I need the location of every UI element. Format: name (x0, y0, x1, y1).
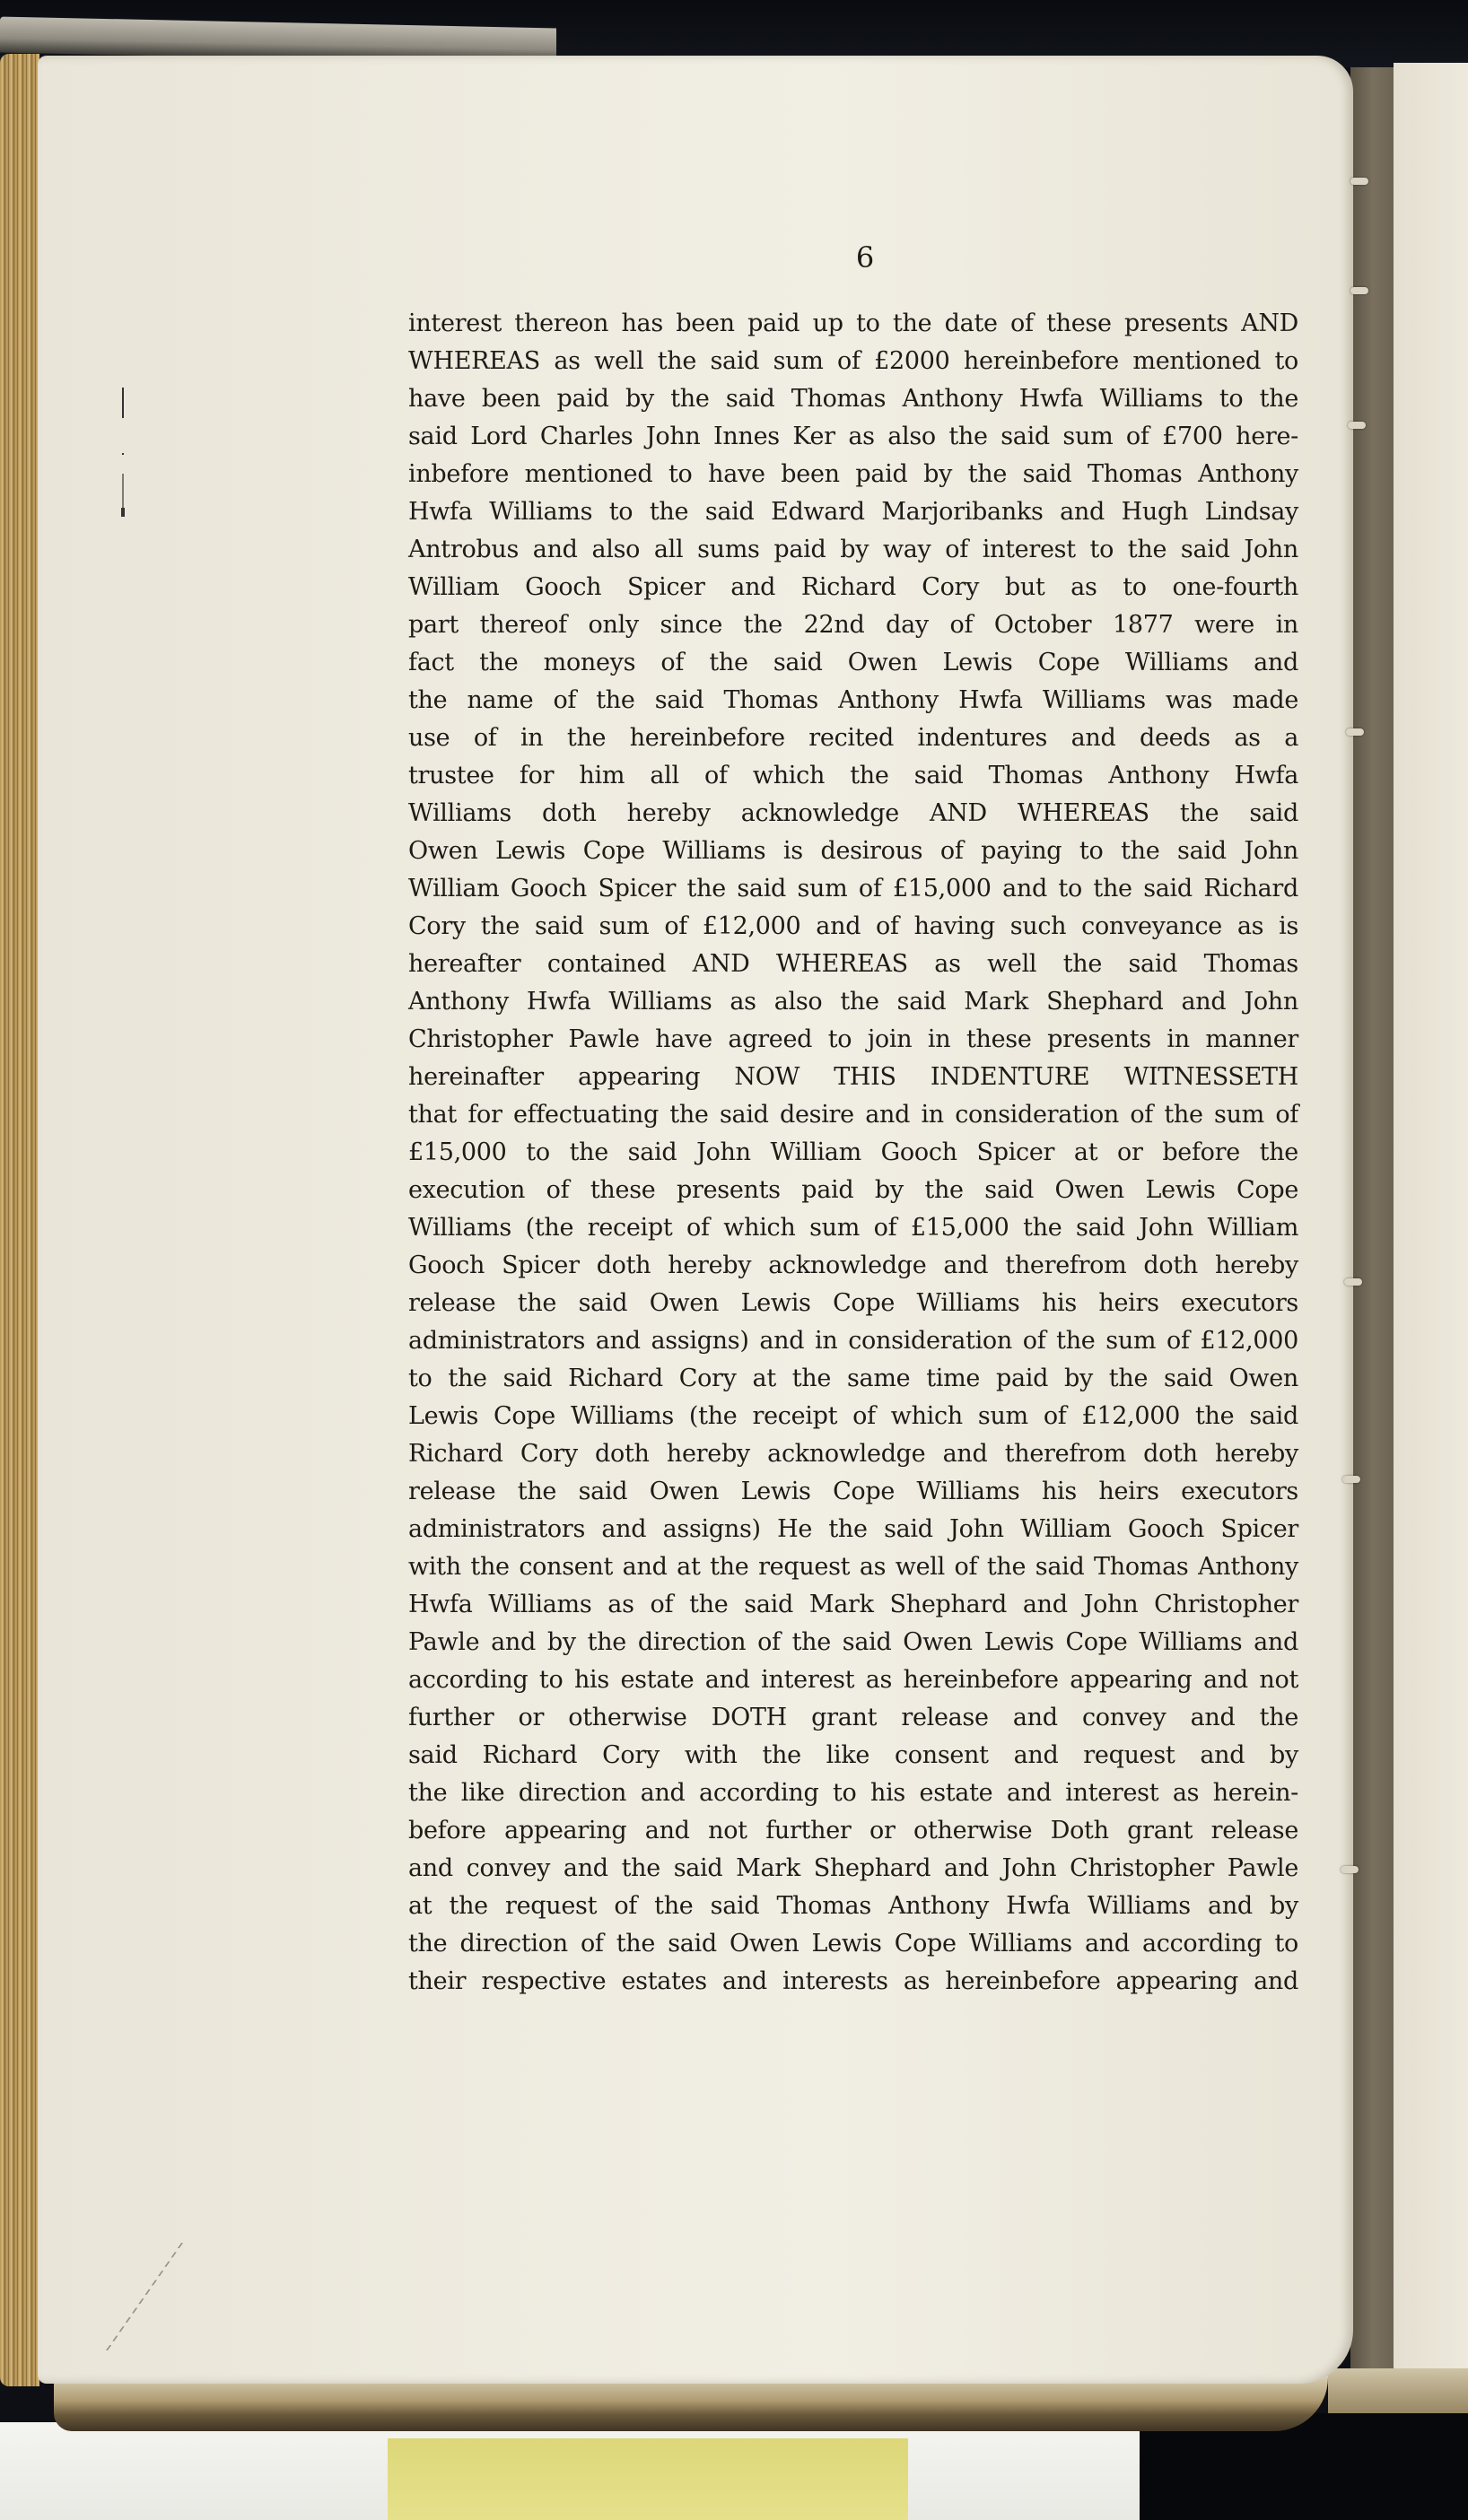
text-line: have been paid by the said Thomas Anthon… (408, 380, 1298, 418)
text-line: part thereof only since the 22nd day of … (408, 606, 1298, 644)
binding-stitch (1344, 1278, 1362, 1286)
text-line: interest thereon has been paid up to the… (408, 305, 1298, 343)
book-gutter (1350, 67, 1395, 2382)
text-line: inbefore mentioned to have been paid by … (408, 456, 1298, 493)
text-line: release the said Owen Lewis Cope William… (408, 1285, 1298, 1322)
text-line: Gooch Spicer doth hereby acknowledge and… (408, 1247, 1298, 1285)
page-stack-bottom-edge (54, 2376, 1328, 2431)
text-line: hereafter contained AND WHEREAS as well … (408, 946, 1298, 983)
text-line: with the consent and at the request as w… (408, 1548, 1298, 1586)
margin-ink-mark (122, 388, 124, 418)
text-line: Owen Lewis Cope Williams is desirous of … (408, 833, 1298, 870)
text-line: the name of the said Thomas Anthony Hwfa… (408, 682, 1298, 719)
text-line: administrators and assigns) He the said … (408, 1511, 1298, 1548)
text-line: Hwfa Williams as of the said Mark Shepha… (408, 1586, 1298, 1624)
margin-ink-mark (121, 508, 125, 517)
text-line: at the request of the said Thomas Anthon… (408, 1888, 1298, 1925)
binding-stitch (1346, 728, 1364, 736)
text-line: Hwfa Williams to the said Edward Marjori… (408, 493, 1298, 531)
text-line: before appearing and not further or othe… (408, 1812, 1298, 1850)
page-number: 6 (847, 240, 883, 275)
text-line: Anthony Hwfa Williams as also the said M… (408, 983, 1298, 1021)
binding-stitch (1348, 422, 1366, 429)
text-line: said Lord Charles John Innes Ker as also… (408, 418, 1298, 456)
text-line: hereinafter appearing NOW THIS INDENTURE… (408, 1059, 1298, 1096)
page-stack-left-edge (0, 54, 39, 2386)
text-line: Cory the said sum of £12,000 and of havi… (408, 908, 1298, 946)
binding-stitch (1350, 178, 1368, 185)
text-line: according to his estate and interest as … (408, 1661, 1298, 1699)
text-line: Antrobus and also all sums paid by way o… (408, 531, 1298, 569)
binding-stitch (1342, 1476, 1360, 1483)
text-line: use of in the hereinbefore recited inden… (408, 719, 1298, 757)
text-line: Christopher Pawle have agreed to join in… (408, 1021, 1298, 1059)
text-line: the direction of the said Owen Lewis Cop… (408, 1925, 1298, 1963)
text-line: Pawle and by the direction of the said O… (408, 1624, 1298, 1661)
body-text: interest thereon has been paid up to the… (408, 305, 1298, 2001)
text-line: said Richard Cory with the like consent … (408, 1737, 1298, 1774)
binding-stitch (1350, 287, 1368, 294)
margin-ink-mark (122, 453, 124, 455)
yellow-paper-tab (388, 2438, 908, 2520)
text-line: Lewis Cope Williams (the receipt of whic… (408, 1398, 1298, 1435)
text-line: to the said Richard Cory at the same tim… (408, 1360, 1298, 1398)
text-line: William Gooch Spicer the said sum of £15… (408, 870, 1298, 908)
text-line: WHEREAS as well the said sum of £2000 he… (408, 343, 1298, 380)
facing-page (1394, 63, 1468, 2368)
text-line: and convey and the said Mark Shephard an… (408, 1850, 1298, 1888)
text-line: the like direction and according to his … (408, 1774, 1298, 1812)
text-line: further or otherwise DOTH grant release … (408, 1699, 1298, 1737)
text-line: release the said Owen Lewis Cope William… (408, 1473, 1298, 1511)
binding-stitch (1341, 1866, 1359, 1873)
text-line: fact the moneys of the said Owen Lewis C… (408, 644, 1298, 682)
text-line: trustee for him all of which the said Th… (408, 757, 1298, 795)
text-line: William Gooch Spicer and Richard Cory bu… (408, 569, 1298, 606)
text-line: Richard Cory doth hereby acknowledge and… (408, 1435, 1298, 1473)
text-line: Williams doth hereby acknowledge AND WHE… (408, 795, 1298, 833)
text-line: that for effectuating the said desire an… (408, 1096, 1298, 1134)
text-line: their respective estates and interests a… (408, 1963, 1298, 2001)
text-line: Williams (the receipt of which sum of £1… (408, 1209, 1298, 1247)
text-line: execution of these presents paid by the … (408, 1172, 1298, 1209)
text-line: administrators and assigns) and in consi… (408, 1322, 1298, 1360)
text-line: £15,000 to the said John William Gooch S… (408, 1134, 1298, 1172)
